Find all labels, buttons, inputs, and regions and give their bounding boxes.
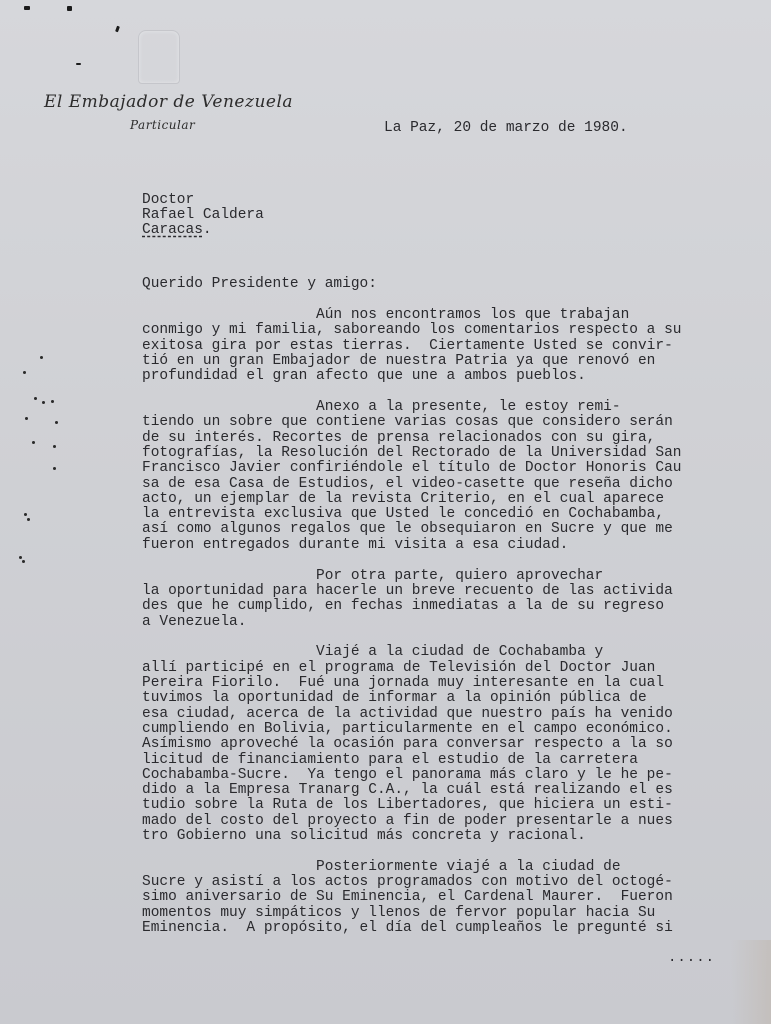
text-line: Viajé a la ciudad de Cochabamba y <box>142 645 742 660</box>
text-line: Pereira Fiorilo. Fué una jornada muy int… <box>142 676 742 691</box>
text-line: a Venezuela. <box>142 615 742 630</box>
text-line: cumpliendo en Bolivia, particularmente e… <box>142 722 742 737</box>
recipient-city-name: Caracas <box>142 222 203 238</box>
text-line: momentos muy simpáticos y llenos de ferv… <box>142 906 742 921</box>
text-line: profundidad el gran afecto que une a amb… <box>142 369 742 384</box>
text-line: sa de esa Casa de Estudios, el video-cas… <box>142 477 742 492</box>
speck <box>51 400 54 403</box>
speck <box>27 518 30 521</box>
text-line: así como algunos regalos que le obsequia… <box>142 522 742 537</box>
text-line: fotografías, la Resolución del Rectorado… <box>142 446 742 461</box>
text-line: Eminencia. A propósito, el día del cumpl… <box>142 921 742 936</box>
ink-mark <box>76 63 81 65</box>
continuation-marker: ..... <box>668 950 715 966</box>
letterhead-subtitle: Particular <box>130 118 195 132</box>
letter-paragraph: Aún nos encontramos los que trabajanconm… <box>142 308 742 384</box>
text-line: la oportunidad para hacerle un breve rec… <box>142 584 742 599</box>
recipient-title: Doctor <box>142 192 194 208</box>
text-line: Posteriormente viajé a la ciudad de <box>142 860 742 875</box>
text-line: Anexo a la presente, le estoy remi- <box>142 400 742 415</box>
speck <box>24 513 27 516</box>
letter-paragraph: Posteriormente viajé a la ciudad deSucre… <box>142 860 742 936</box>
letter-page: El Embajador de Venezuela Particular La … <box>0 0 771 1024</box>
ink-mark <box>115 26 120 33</box>
text-line: tuvimos la oportunidad de informar a la … <box>142 691 742 706</box>
ink-mark <box>67 6 72 11</box>
text-line: tudio sobre la Ruta de los Libertadores,… <box>142 798 742 813</box>
text-line: exitosa gira por estas tierras. Ciertame… <box>142 339 742 354</box>
text-line: simo aniversario de Su Eminencia, el Car… <box>142 890 742 905</box>
text-line: Cochabamba-Sucre. Ya tengo el panorama m… <box>142 768 742 783</box>
text-line: allí participé en el programa de Televis… <box>142 661 742 676</box>
recipient-city-period: . <box>203 222 212 238</box>
speck <box>53 467 56 470</box>
text-line: Francisco Javier confiriéndole el título… <box>142 461 742 476</box>
text-line: acto, un ejemplar de la revista Criterio… <box>142 492 742 507</box>
salutation: Querido Presidente y amigo: <box>142 276 377 292</box>
embossed-seal <box>138 30 180 84</box>
text-line: tió en un gran Embajador de nuestra Patr… <box>142 354 742 369</box>
speck <box>25 417 28 420</box>
text-line: Aún nos encontramos los que trabajan <box>142 308 742 323</box>
text-line: la entrevista exclusiva que Usted le con… <box>142 507 742 522</box>
text-line: tro Gobierno una solicitud más concreta … <box>142 829 742 844</box>
text-line: de su interés. Recortes de prensa relaci… <box>142 431 742 446</box>
speck <box>19 556 22 559</box>
speck <box>40 356 43 359</box>
speck <box>42 401 45 404</box>
text-line: esa ciudad, acerca de la actividad que n… <box>142 707 742 722</box>
date-line: La Paz, 20 de marzo de 1980. <box>384 120 628 136</box>
text-line: Por otra parte, quiero aprovechar <box>142 569 742 584</box>
letter-body: Aún nos encontramos los que trabajanconm… <box>142 308 742 952</box>
ink-mark <box>24 6 30 10</box>
letterhead-title: El Embajador de Venezuela <box>44 92 293 112</box>
text-line: dido a la Empresa Tranarg C.A., la cuál … <box>142 783 742 798</box>
recipient-city: Caracas. <box>142 222 212 238</box>
speck <box>55 421 58 424</box>
text-line: Asímismo aproveché la ocasión para conve… <box>142 737 742 752</box>
letter-paragraph: Por otra parte, quiero aprovecharla opor… <box>142 569 742 630</box>
text-line: conmigo y mi familia, saboreando los com… <box>142 323 742 338</box>
speck <box>34 397 37 400</box>
speck <box>23 371 26 374</box>
text-line: Sucre y asistí a los actos programados c… <box>142 875 742 890</box>
speck <box>32 441 35 444</box>
recipient-name: Rafael Caldera <box>142 207 264 223</box>
speck <box>53 445 56 448</box>
text-line: licitud de financiamiento para el estudi… <box>142 753 742 768</box>
text-line: fueron entregados durante mi visita a es… <box>142 538 742 553</box>
text-line: mado del costo del proyecto a fin de pod… <box>142 814 742 829</box>
letter-paragraph: Anexo a la presente, le estoy remi-tiend… <box>142 400 742 553</box>
text-line: tiendo un sobre que contiene varias cosa… <box>142 415 742 430</box>
text-line: des que he cumplido, en fechas inmediata… <box>142 599 742 614</box>
speck <box>22 560 25 563</box>
letter-paragraph: Viajé a la ciudad de Cochabamba yallí pa… <box>142 645 742 844</box>
